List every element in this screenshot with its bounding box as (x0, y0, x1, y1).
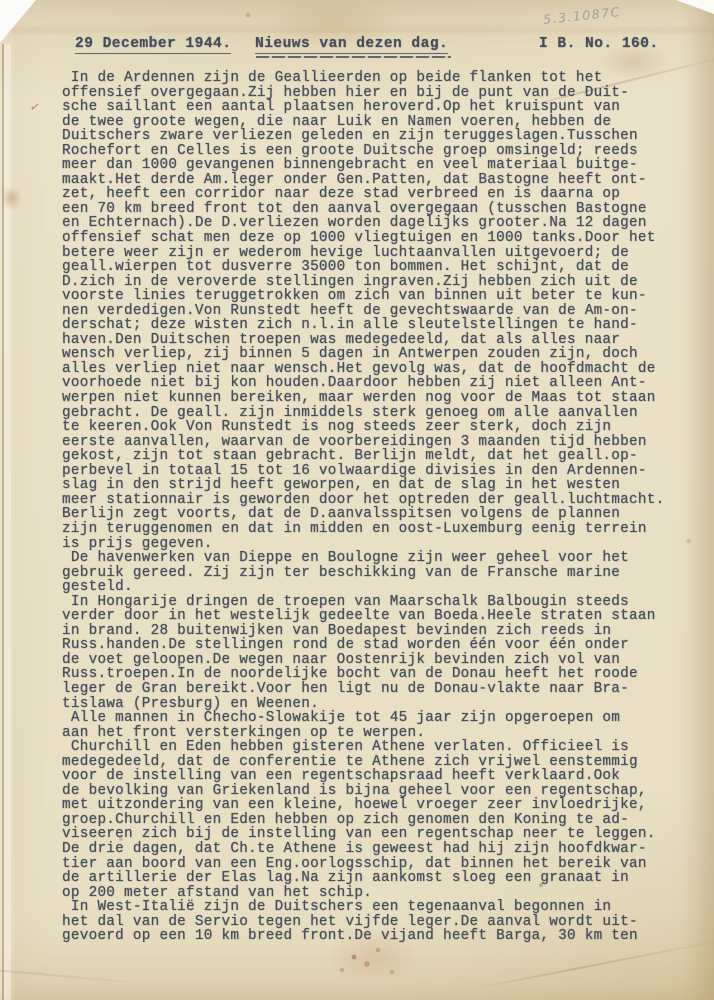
document-header: 29 December 1944. Nieuws van dezen dag. … (0, 36, 714, 60)
paragraph: In West-Italië zijn de Duitschers een te… (62, 900, 676, 944)
paragraph: De havenwerken van Dieppe en Boulogne zi… (62, 551, 676, 595)
document-title: Nieuws van dezen dag. (255, 36, 448, 54)
document-date: 29 December 1944. (75, 36, 231, 54)
paragraph: In Hongarije dringen de troepen van Maar… (62, 595, 676, 711)
paragraph: In de Ardennen zijn de Geallieerden op b… (62, 71, 676, 551)
paragraph: Churchill en Eden hebben gisteren Athene… (62, 740, 676, 900)
document-reference: I B. No. 160. (539, 36, 659, 52)
paper-speckles (0, 0, 2, 2)
document-page: 5.3.1087C ✓ 29 December 1944. Nieuws van… (0, 0, 714, 1000)
pencil-check-mark: ✓ (29, 99, 42, 115)
paragraph: Alle mannen in Checho-Slowakije tot 45 j… (62, 711, 676, 740)
fold-crease-top (0, 24, 714, 36)
handwritten-archive-number: 5.3.1087C (542, 4, 621, 27)
document-body-text: In de Ardennen zijn de Geallieerden op b… (62, 71, 676, 944)
paper-edge-highlight (4, 44, 11, 1000)
crease-bottom-left (0, 969, 158, 985)
